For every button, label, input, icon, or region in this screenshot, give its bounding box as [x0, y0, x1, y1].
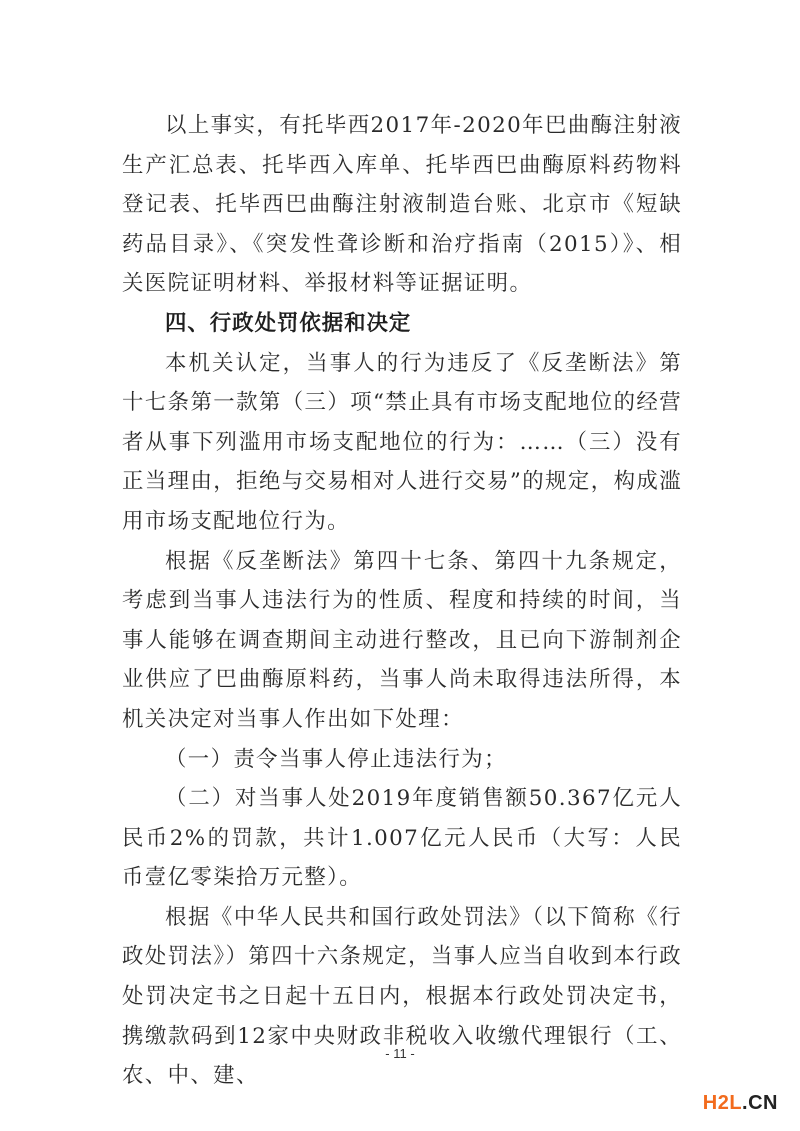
page-number: - 11 -: [0, 1046, 800, 1061]
paragraph-basis: 根据《反垄断法》第四十七条、第四十九条规定，考虑到当事人违法行为的性质、程度和持…: [122, 542, 682, 740]
paragraph-evidence: 以上事实，有托毕西2017年-2020年巴曲酶注射液生产汇总表、托毕西入库单、托…: [122, 106, 682, 304]
section-heading: 四、行政处罚依据和决定: [122, 304, 682, 344]
watermark-brand: H2L: [703, 1092, 742, 1114]
decision-item-2: （二）对当事人处2019年度销售额50.367亿元人民币2%的罚款，共计1.00…: [122, 779, 682, 898]
document-page: 以上事实，有托毕西2017年-2020年巴曲酶注射液生产汇总表、托毕西入库单、托…: [122, 106, 682, 1096]
watermark-tld: .CN: [742, 1092, 778, 1114]
decision-item-1: （一）责令当事人停止违法行为；: [122, 740, 682, 780]
watermark-logo: H2L.CN: [703, 1092, 778, 1115]
paragraph-payment: 根据《中华人民共和国行政处罚法》（以下简称《行政处罚法》）第四十六条规定，当事人…: [122, 898, 682, 1096]
paragraph-finding: 本机关认定，当事人的行为违反了《反垄断法》第十七条第一款第（三）项“禁止具有市场…: [122, 344, 682, 542]
